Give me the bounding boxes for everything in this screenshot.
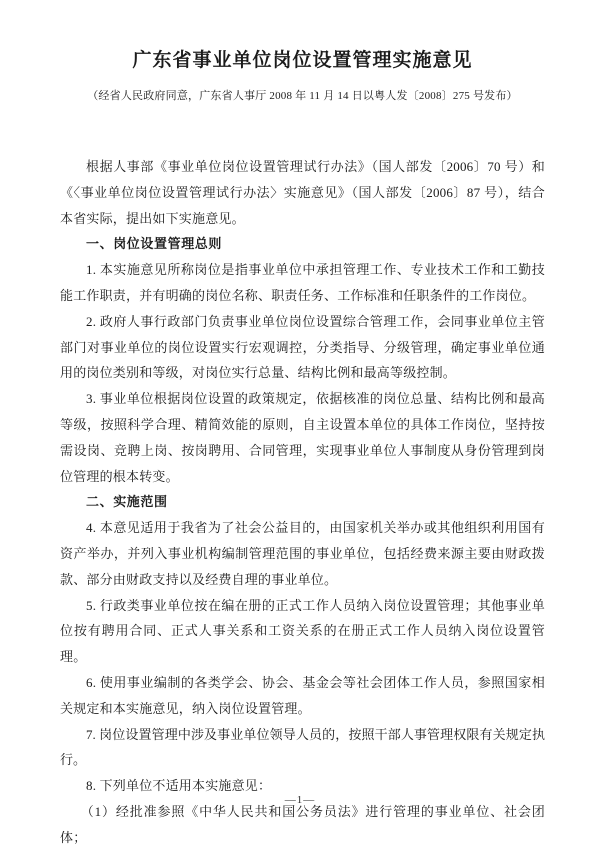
section-1-item-1: 1. 本实施意见所称岗位是指事业单位中承担管理工作、专业技术工作和工勤技能工作职… (60, 257, 545, 309)
section-2-item-4: 4. 本意见适用于我省为了社会公益目的，由国家机关举办或其他组织利用国有资产举办… (60, 515, 545, 592)
section-2-item-8-subitem-1: （1）经批准参照《中华人民共和国公务员法》进行管理的事业单位、社会团体； (60, 799, 545, 850)
document-page: 广东省事业单位岗位设置管理实施意见 （经省人民政府同意，广东省人事厅 2008 … (0, 0, 600, 850)
section-1-heading: 一、岗位设置管理总则 (60, 231, 545, 257)
section-2-item-7: 7. 岗位设置管理中涉及事业单位领导人员的，按照干部人事管理权限有关规定执行。 (60, 722, 545, 774)
intro-paragraph: 根据人事部《事业单位岗位设置管理试行办法》（国人部发〔2006〕70 号）和《〈… (60, 154, 545, 231)
section-2-item-6: 6. 使用事业编制的各类学会、协会、基金会等社会团体工作人员，参照国家相关规定和… (60, 670, 545, 722)
section-1-item-3: 3. 事业单位根据岗位设置的政策规定，依据核准的岗位总量、结构比例和最高等级，按… (60, 386, 545, 489)
section-2-item-5: 5. 行政类事业单位按在编在册的正式工作人员纳入岗位设置管理；其他事业单位按有聘… (60, 593, 545, 670)
document-body: 根据人事部《事业单位岗位设置管理试行办法》（国人部发〔2006〕70 号）和《〈… (60, 154, 545, 850)
section-2-heading: 二、实施范围 (60, 489, 545, 515)
section-1-item-2: 2. 政府人事行政部门负责事业单位岗位设置综合管理工作，会同事业单位主管部门对事… (60, 309, 545, 386)
page-number: —1— (0, 794, 600, 806)
document-title: 广东省事业单位岗位设置管理实施意见 (60, 48, 545, 74)
publication-line: （经省人民政府同意，广东省人事厅 2008 年 11 月 14 日以粤人发〔20… (60, 89, 545, 104)
